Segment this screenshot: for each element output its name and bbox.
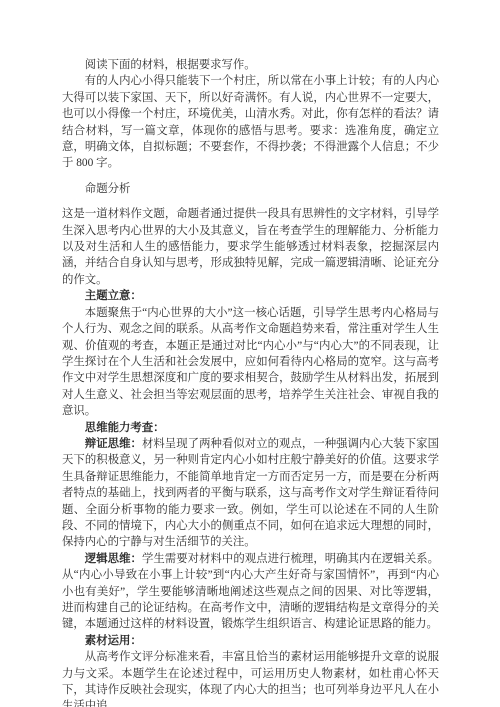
text-run: 这是一道材料作文题，命题者通过提供一段具有思辨性的文字材料，引导学生深入思考内心… xyxy=(62,208,439,286)
blank-line xyxy=(62,197,439,206)
text-run: 阅读下面的材料，根据要求写作。 xyxy=(85,59,256,71)
logical-thinking-paragraph: 逻辑思维：学生需要对材料中的观点进行梳理，明确其内在逻辑关系。从“内心小导致在小… xyxy=(62,551,439,633)
heading-material-use: 素材运用： xyxy=(62,633,439,649)
text-run: 从高考作文评分标准来看，丰富且恰当的素材运用能够提升文章的说服力与文采。本题学生… xyxy=(62,651,439,707)
section-title-analysis: 命题分析 xyxy=(62,181,439,197)
blank-line xyxy=(62,172,439,181)
bold-text-run: 素材运用： xyxy=(85,635,142,647)
bold-text-run: 辩证思维： xyxy=(85,438,142,450)
text-run: 材料呈现了两种看似对立的观点，一种强调内心大装下家国天下的积极意义，另一种则肯定… xyxy=(62,438,439,548)
material-use-paragraph: 从高考作文评分标准来看，丰富且恰当的素材运用能够提升文章的说服力与文采。本题学生… xyxy=(62,649,439,707)
prompt-instruction: 阅读下面的材料，根据要求写作。 xyxy=(62,57,439,73)
bold-text-run: 思维能力考查： xyxy=(85,422,165,434)
dialectical-thinking-paragraph: 辩证思维：材料呈现了两种看似对立的观点，一种强调内心大装下家国天下的积极意义，另… xyxy=(62,436,439,551)
text-run: 本题聚焦于“内心世界的大小”这一核心话题，引导学生思考内心格局与个人行为、观念之… xyxy=(62,307,439,417)
heading-theme: 主题立意： xyxy=(62,288,439,304)
theme-paragraph: 本题聚焦于“内心世界的大小”这一核心话题，引导学生思考内心格局与个人行为、观念之… xyxy=(62,305,439,420)
heading-thinking-ability: 思维能力考查： xyxy=(62,420,439,436)
text-run: 命题分析 xyxy=(85,183,131,195)
material-text: 有的人内心小得只能装下一个村庄，所以常在小事上计较；有的人内心大得可以装下家国、… xyxy=(62,73,439,171)
document-page: 阅读下面的材料，根据要求写作。有的人内心小得只能装下一个村庄，所以常在小事上计较… xyxy=(0,0,500,707)
bold-text-run: 主题立意： xyxy=(85,290,142,302)
overview-paragraph: 这是一道材料作文题，命题者通过提供一段具有思辨性的文字材料，引导学生深入思考内心… xyxy=(62,206,439,288)
document-body: 阅读下面的材料，根据要求写作。有的人内心小得只能装下一个村庄，所以常在小事上计较… xyxy=(62,57,439,707)
bold-text-run: 逻辑思维： xyxy=(85,553,142,565)
text-run: 有的人内心小得只能装下一个村庄，所以常在小事上计较；有的人内心大得可以装下家国、… xyxy=(62,75,439,169)
